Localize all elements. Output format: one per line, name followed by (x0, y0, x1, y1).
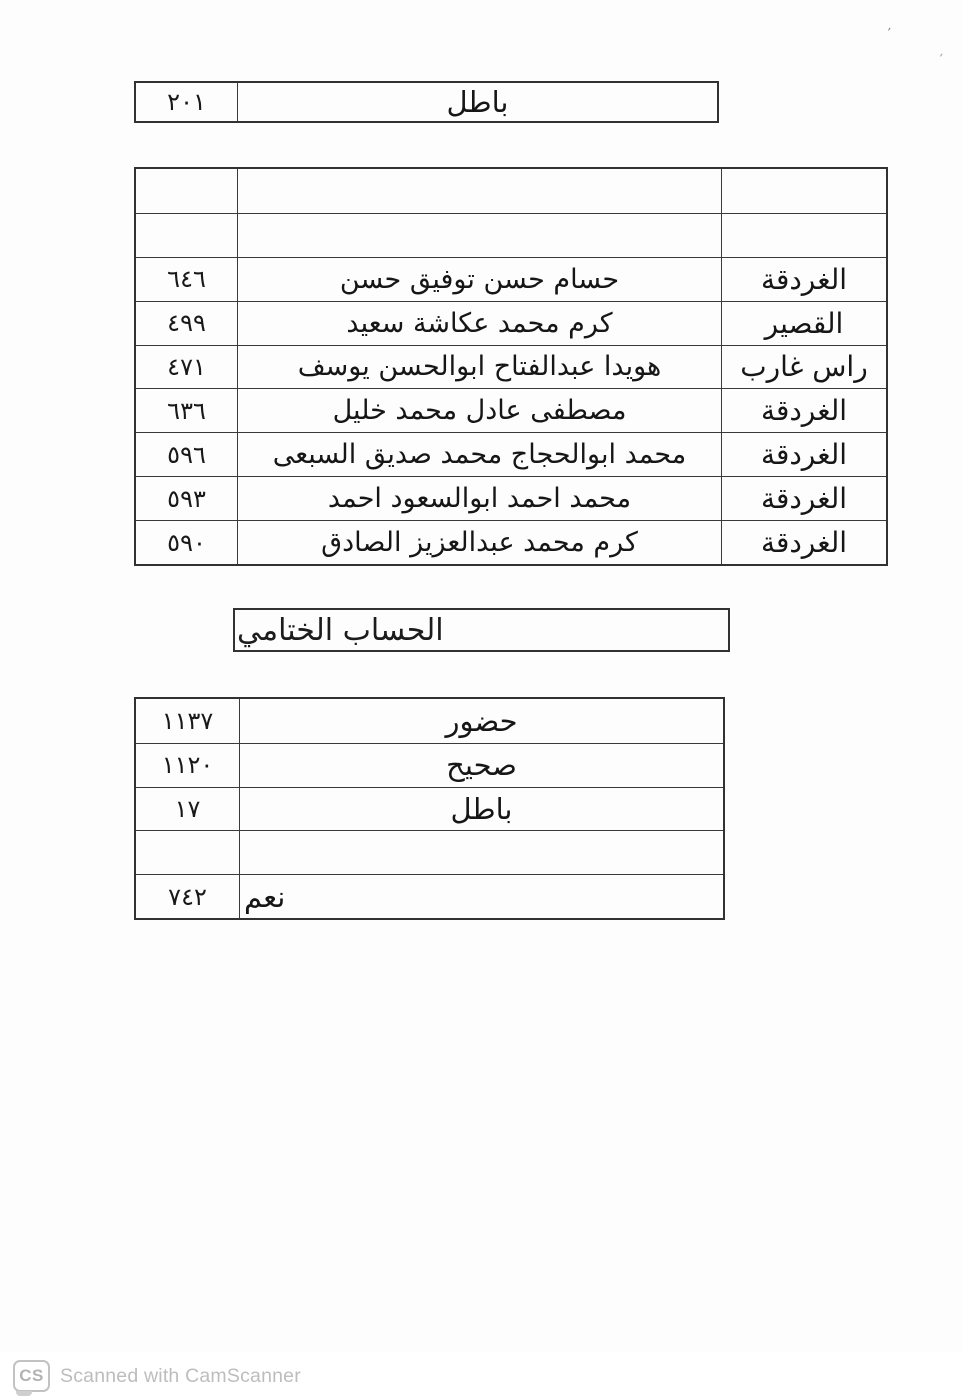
city-name: الغردقة (721, 476, 886, 520)
summary-value (136, 830, 239, 874)
result-number: ٤٩٩ (136, 301, 237, 345)
city-name: الغردقة (721, 257, 886, 301)
city-name: راس غارب (721, 345, 886, 389)
summary-value: ٧٤٢ (136, 874, 239, 918)
candidate-name: مصطفى عادل محمد خليل (237, 388, 721, 432)
result-number: ٦٤٦ (136, 257, 237, 301)
invalid-count-table: ٢٠١ باطل (134, 81, 719, 123)
result-number (136, 213, 237, 257)
summary-label: صحيح (239, 743, 723, 787)
results-table: ٦٤٦ حسام حسن توفيق حسن الغردقة ٤٩٩ كرم م… (134, 167, 888, 566)
city-name: الغردقة (721, 432, 886, 476)
summary-table: ١١٣٧ حضور ١١٢٠ صحيح ١٧ باطل ٧٤٢ نعم (134, 697, 725, 920)
result-number: ٤٧١ (136, 345, 237, 389)
scan-artifact-mark: ٬ (884, 26, 892, 42)
result-number: ٦٣٦ (136, 388, 237, 432)
invalid-count-value: ٢٠١ (136, 83, 237, 121)
summary-value: ١١٢٠ (136, 743, 239, 787)
camscanner-watermark: CS Scanned with CamScanner (0, 1352, 962, 1400)
candidate-name: كرم محمد عبدالعزيز الصادق (237, 520, 721, 564)
invalid-count-label: باطل (237, 83, 717, 121)
summary-label: نعم (239, 874, 723, 918)
result-number: ٥٩٠ (136, 520, 237, 564)
candidate-name (237, 213, 721, 257)
candidate-name: محمد احمد ابوالسعود احمد (237, 476, 721, 520)
camscanner-logo-icon: CS (13, 1360, 50, 1392)
summary-label: باطل (239, 787, 723, 831)
candidate-name: هويدا عبدالفتاح ابوالحسن يوسف (237, 345, 721, 389)
city-name: الغردقة (721, 520, 886, 564)
final-account-header: الحساب الختامي (233, 608, 730, 652)
result-number: ٥٩٦ (136, 432, 237, 476)
candidate-name: محمد ابوالحجاج محمد صديق السبعى (237, 432, 721, 476)
scan-artifact-mark: ٬ (936, 52, 944, 68)
final-account-header-label: الحساب الختامي (237, 613, 444, 648)
summary-label (239, 830, 723, 874)
summary-value: ١٧ (136, 787, 239, 831)
candidate-name: كرم محمد عكاشة سعيد (237, 301, 721, 345)
summary-value: ١١٣٧ (136, 699, 239, 743)
summary-label: حضور (239, 699, 723, 743)
city-name: القصير (721, 301, 886, 345)
city-name (721, 169, 886, 213)
city-name: الغردقة (721, 388, 886, 432)
candidate-name: حسام حسن توفيق حسن (237, 257, 721, 301)
result-number (136, 169, 237, 213)
candidate-name (237, 169, 721, 213)
result-number: ٥٩٣ (136, 476, 237, 520)
camscanner-watermark-text: Scanned with CamScanner (60, 1365, 301, 1388)
city-name (721, 213, 886, 257)
